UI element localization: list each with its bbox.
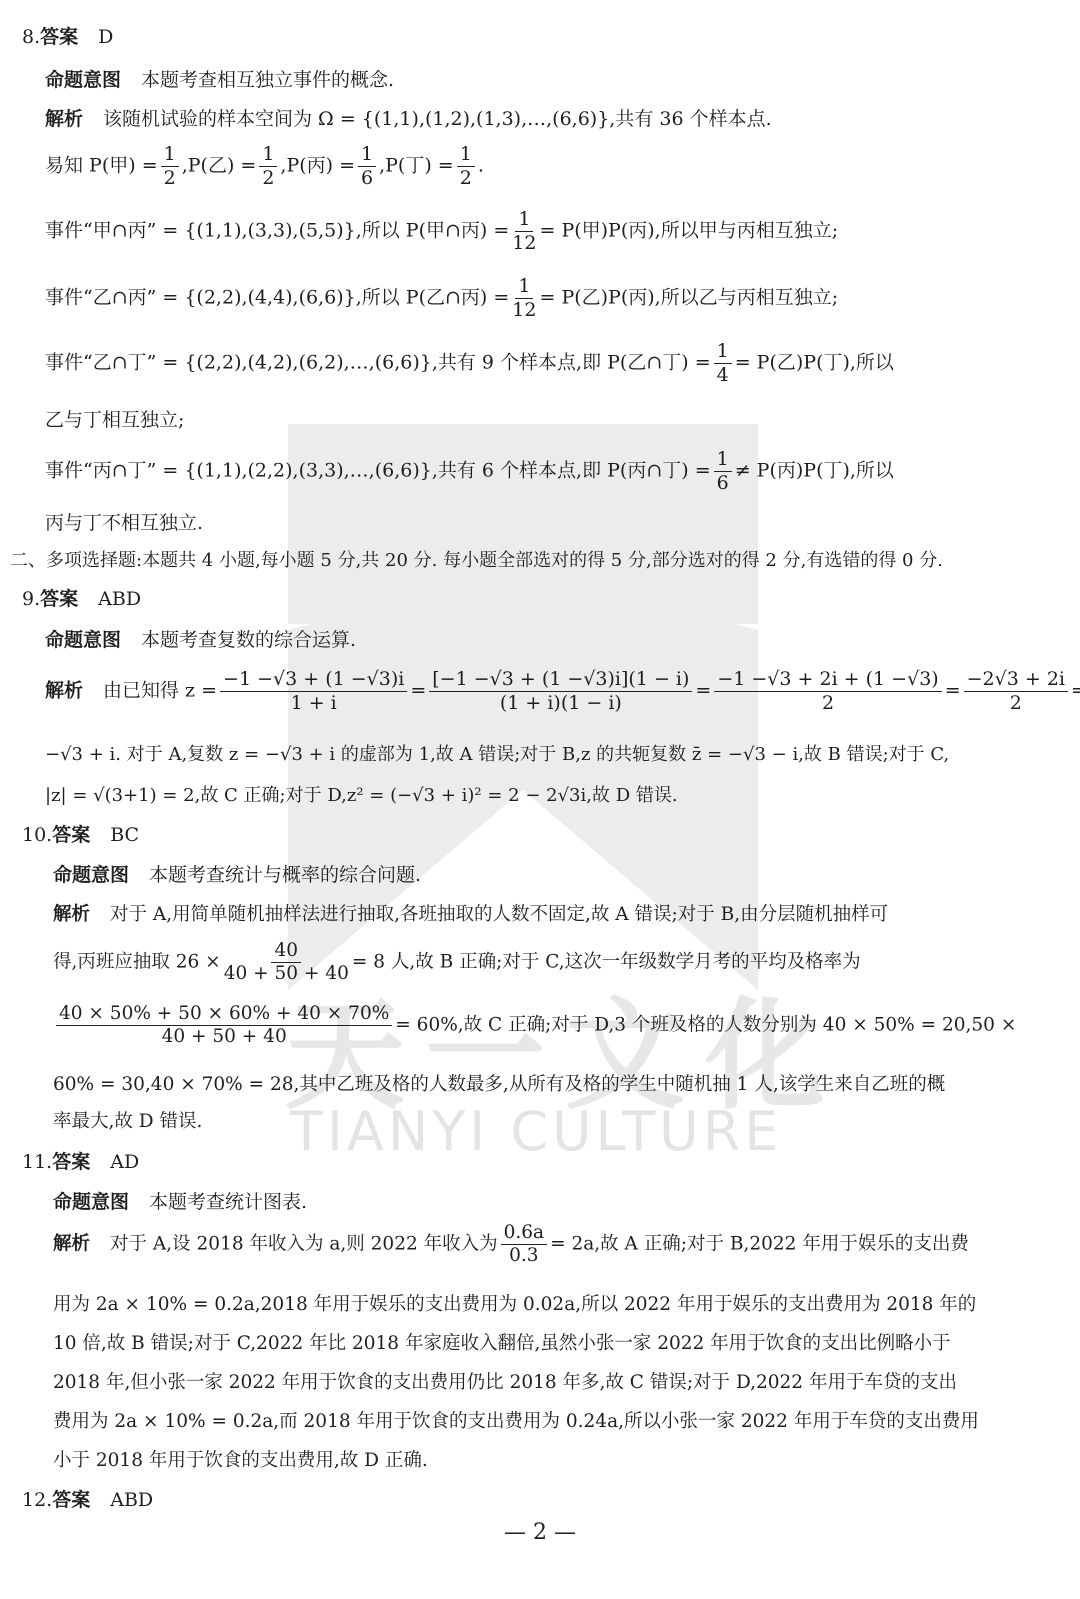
fraction: 16 [358, 143, 376, 190]
fraction: −1 −√3 + 2i + (1 −√3)2 [714, 668, 941, 715]
numerator: 1 [714, 448, 732, 472]
fraction: 112 [512, 208, 536, 255]
text: = P(甲)P(丙),所以甲与丙相互独立; [539, 219, 838, 241]
q8-header: 8.答案D [22, 22, 113, 49]
intent-label: 命题意图 [45, 69, 121, 91]
denominator: 1 + i [291, 692, 337, 715]
fraction: 0.6a0.3 [501, 1222, 547, 1267]
q8-analysis-1: 解析该随机试验的样本空间为 Ω = {(1,1),(1,2),(1,3),…,(… [45, 104, 772, 131]
answer-value: ABD [110, 1489, 153, 1511]
analysis-label: 解析 [45, 108, 83, 130]
intent-label: 命题意图 [45, 629, 121, 651]
q11-analysis-1: 解析对于 A,设 2018 年收入为 a,则 2022 年收入为0.6a0.3=… [53, 1222, 969, 1267]
denominator: 40 + 50 + 40 [224, 963, 349, 985]
denominator: 4 [717, 364, 729, 387]
fraction: 12 [161, 143, 179, 190]
answer-label: 答案 [40, 588, 78, 610]
q8-line-5: 事件“乙∩丁” = {(2,2),(4,2),(6,2),…,(6,6)},共有… [45, 340, 894, 387]
text: = 60%,故 C 正确;对于 D,3 个班及格的人数分别为 40 × 50% … [395, 1015, 1016, 1036]
watermark-en: TIANYI CULTURE [290, 1100, 782, 1163]
fraction: 16 [714, 448, 732, 495]
q9-line-2: −√3 + i. 对于 A,复数 z = −√3 + i 的虚部为 1,故 A … [45, 740, 949, 766]
page-number: — 2 — [0, 1520, 1080, 1545]
text: = 8 人,故 B 正确;对于 C,这次一年级数学月考的平均及格率为 [352, 952, 861, 973]
numerator: 1 [161, 143, 179, 167]
q8-line-7: 事件“丙∩丁” = {(1,1),(2,2),(3,3),…,(6,6)},共有… [45, 448, 894, 495]
denominator: 0.3 [509, 1245, 538, 1267]
fraction: −2√3 + 2i2 [964, 668, 1068, 715]
q11-header: 11.答案AD [22, 1147, 139, 1174]
denominator: 2 [460, 167, 472, 190]
q9-intent: 命题意图本题考查复数的综合运算. [45, 625, 356, 652]
q-num: 11. [22, 1151, 52, 1173]
answer-label: 答案 [52, 1489, 90, 1511]
denominator: 2 [1010, 692, 1022, 715]
text: 事件“乙∩丁” = {(2,2),(4,2),(6,2),…,(6,6)},共有… [45, 351, 711, 373]
text: 事件“丙∩丁” = {(1,1),(2,2),(3,3),…,(6,6)},共有… [45, 459, 711, 481]
fraction: [−1 −√3 + (1 −√3)i](1 − i)(1 + i)(1 − i) [429, 668, 692, 715]
numerator: [−1 −√3 + (1 −√3)i](1 − i) [429, 668, 692, 692]
numerator: −2√3 + 2i [964, 668, 1068, 692]
q8-line-2: 易知 P(甲) =12,P(乙) =12,P(丙) =16,P(丁) =12. [45, 143, 484, 190]
analysis-label: 解析 [45, 679, 83, 701]
text: . [478, 154, 484, 176]
denominator: 2 [164, 167, 176, 190]
q8-line-8: 丙与丁不相互独立. [45, 508, 203, 535]
intent-text: 本题考查统计与概率的综合问题. [149, 864, 421, 886]
text: ,P(乙) = [182, 154, 257, 176]
analysis-text: 该随机试验的样本空间为 Ω = {(1,1),(1,2),(1,3),…,(6,… [103, 108, 772, 130]
text: ,P(丁) = [379, 154, 454, 176]
text: 事件“甲∩丙” = {(1,1),(3,3),(5,5)},所以 P(甲∩丙) … [45, 219, 509, 241]
denominator: 40 + 50 + 40 [162, 1026, 287, 1048]
denominator: (1 + i)(1 − i) [500, 692, 622, 715]
section-heading: 二、多项选择题:本题共 4 小题,每小题 5 分,共 20 分. 每小题全部选对… [10, 546, 943, 572]
q10-analysis-1: 解析对于 A,用简单随机抽样法进行抽取,各班抽取的人数不固定,故 A 错误;对于… [53, 900, 888, 926]
q10-line-5: 率最大,故 D 错误. [53, 1107, 202, 1133]
analysis-label: 解析 [53, 1234, 90, 1255]
q11-line-3: 10 倍,故 B 错误;对于 C,2022 年比 2018 年家庭收入翻倍,虽然… [53, 1329, 951, 1355]
denominator: 2 [262, 167, 274, 190]
fraction: −1 −√3 + (1 −√3)i1 + i [220, 668, 407, 715]
denominator: 6 [717, 472, 729, 495]
answer-value: ABD [98, 588, 141, 610]
intent-text: 本题考查统计图表. [149, 1191, 307, 1213]
answer-label: 答案 [52, 1151, 90, 1173]
numerator: 1 [714, 340, 732, 364]
numerator: 1 [259, 143, 277, 167]
q11-line-6: 小于 2018 年用于饮食的支出费用,故 D 正确. [53, 1446, 428, 1472]
intent-label: 命题意图 [53, 1191, 129, 1213]
denominator: 6 [361, 167, 373, 190]
answer-label: 答案 [40, 26, 78, 48]
q-num: 9. [22, 588, 40, 610]
text: 易知 P(甲) = [45, 154, 158, 176]
text: 对于 A,设 2018 年收入为 a,则 2022 年收入为 [110, 1234, 498, 1255]
text: = 2a,故 A 正确;对于 B,2022 年用于娱乐的支出费 [550, 1234, 969, 1255]
q8-line-3: 事件“甲∩丙” = {(1,1),(3,3),(5,5)},所以 P(甲∩丙) … [45, 208, 838, 255]
q10-line-4: 60% = 30,40 × 70% = 28,其中乙班及格的人数最多,从所有及格… [53, 1070, 945, 1096]
q8-line-6: 乙与丁相互独立; [45, 405, 184, 432]
intent-text: 本题考查相互独立事件的概念. [141, 69, 394, 91]
fraction: 12 [259, 143, 277, 190]
numerator: 0.6a [501, 1222, 547, 1245]
numerator: 40 [271, 940, 301, 963]
q10-line-2: 得,丙班应抽取 26 ×4040 + 50 + 40= 8 人,故 B 正确;对… [53, 940, 861, 985]
text: 得,丙班应抽取 26 × [53, 952, 221, 973]
answer-value: AD [110, 1151, 139, 1173]
numerator: 1 [358, 143, 376, 167]
q-num: 10. [22, 824, 52, 846]
text: = P(乙)P(丁),所以 [735, 351, 894, 373]
fraction: 12 [457, 143, 475, 190]
analysis-text: 对于 A,用简单随机抽样法进行抽取,各班抽取的人数不固定,故 A 错误;对于 B… [110, 904, 888, 925]
numerator: −1 −√3 + (1 −√3)i [220, 668, 407, 692]
q9-header: 9.答案ABD [22, 584, 141, 611]
q10-header: 10.答案BC [22, 820, 139, 847]
numerator: 1 [515, 208, 533, 232]
q11-intent: 命题意图本题考查统计图表. [53, 1187, 307, 1214]
numerator: 1 [457, 143, 475, 167]
intent-label: 命题意图 [53, 864, 129, 886]
q10-intent: 命题意图本题考查统计与概率的综合问题. [53, 860, 421, 887]
text: = P(乙)P(丙),所以乙与丙相互独立; [539, 286, 838, 308]
denominator: 12 [512, 232, 536, 255]
denominator: 12 [512, 299, 536, 322]
fraction: 112 [512, 275, 536, 322]
text: 由已知得 z = [103, 679, 217, 701]
q10-line-3: 40 × 50% + 50 × 60% + 40 × 70%40 + 50 + … [53, 1003, 1016, 1048]
q9-line-3: |z| = √(3+1) = 2,故 C 正确;对于 D,z² = (−√3 +… [45, 781, 678, 807]
analysis-label: 解析 [53, 904, 90, 925]
fraction: 4040 + 50 + 40 [224, 940, 349, 985]
q-num: 8. [22, 26, 40, 48]
q8-intent: 命题意图本题考查相互独立事件的概念. [45, 65, 394, 92]
q12-header: 12.答案ABD [22, 1485, 153, 1512]
q11-line-5: 费用为 2a × 10% = 0.2a,而 2018 年用于饮食的支出费用为 0… [53, 1407, 979, 1433]
numerator: 40 × 50% + 50 × 60% + 40 × 70% [56, 1003, 392, 1026]
answer-value: D [98, 26, 113, 48]
answer-value: BC [110, 824, 139, 846]
text: 事件“乙∩丙” = {(2,2),(4,4),(6,6)},所以 P(乙∩丙) … [45, 286, 509, 308]
q-num: 12. [22, 1489, 52, 1511]
q8-line-4: 事件“乙∩丙” = {(2,2),(4,4),(6,6)},所以 P(乙∩丙) … [45, 275, 838, 322]
denominator: 2 [822, 692, 834, 715]
text: ≠ P(丙)P(丁),所以 [735, 459, 894, 481]
q11-line-2: 用为 2a × 10% = 0.2a,2018 年用于娱乐的支出费用为 0.02… [53, 1290, 976, 1316]
answer-label: 答案 [52, 824, 90, 846]
intent-text: 本题考查复数的综合运算. [141, 629, 356, 651]
fraction: 14 [714, 340, 732, 387]
text: ,P(丙) = [280, 154, 355, 176]
q11-line-4: 2018 年,但小张一家 2022 年用于饮食的支出费用仍比 2018 年多,故… [53, 1368, 957, 1394]
numerator: 1 [515, 275, 533, 299]
numerator: −1 −√3 + 2i + (1 −√3) [714, 668, 941, 692]
q9-analysis-1: 解析由已知得 z =−1 −√3 + (1 −√3)i1 + i=[−1 −√3… [45, 668, 1080, 715]
fraction: 40 × 50% + 50 × 60% + 40 × 70%40 + 50 + … [56, 1003, 392, 1048]
